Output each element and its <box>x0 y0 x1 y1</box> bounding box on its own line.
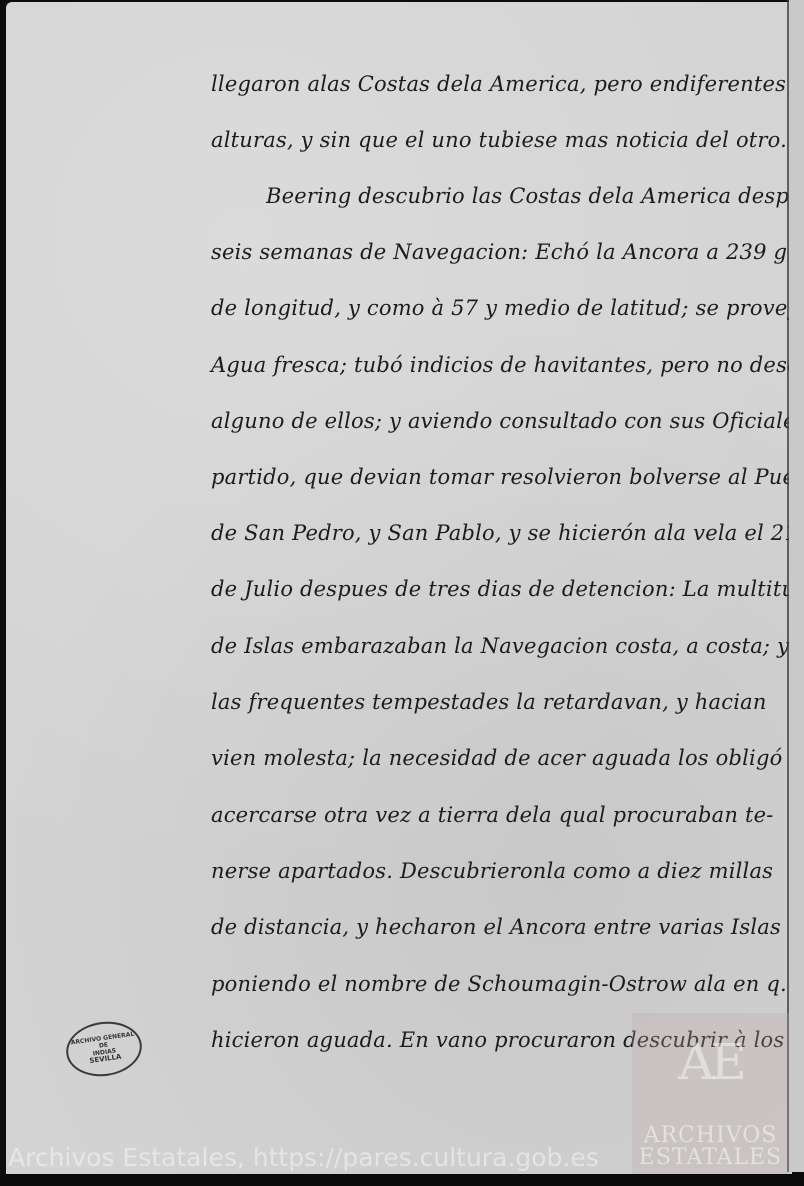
text-line: Agua fresca; tubó indicios de havitantes… <box>211 353 804 377</box>
text-line: poniendo el nombre de Schoumagin-Ostrow … <box>211 972 787 996</box>
archivos-estatales-watermark: AE ARCHIVOS ESTATALES <box>632 1013 789 1175</box>
text-line: las frequentes tempestades la retardavan… <box>211 690 767 714</box>
text-line: alturas, y sin que el uno tubiese mas no… <box>211 128 787 152</box>
text-line: Beering descubrio las Costas dela Americ… <box>266 184 804 208</box>
scan-border <box>0 1174 804 1186</box>
text-line: de longitud, y como à 57 y medio de lati… <box>211 296 804 320</box>
text-line: llegaron alas Costas dela America, pero … <box>211 72 786 96</box>
text-line: alguno de ellos; y aviendo consultado co… <box>211 409 804 433</box>
text-line: de San Pedro, y San Pablo, y se hicierón… <box>211 521 798 545</box>
stamp-bottom: SEVILLA <box>89 1054 122 1065</box>
text-line: acercarse otra vez a tierra dela qual pr… <box>211 803 774 827</box>
manuscript-page: llegaron alas Costas dela America, pero … <box>6 2 792 1174</box>
source-credit: Archivos Estatales, https://pares.cultur… <box>8 1143 599 1172</box>
watermark-text: ARCHIVOS ESTATALES <box>632 1125 789 1169</box>
adjacent-page-strip <box>789 0 804 1172</box>
text-line: de Islas embarazaban la Navegacion costa… <box>211 634 789 658</box>
text-line: nerse apartados. Descubrieronla como a d… <box>211 859 773 883</box>
ae-logo-icon: AE <box>632 1033 789 1091</box>
text-line: seis semanas de Navegacion: Echó la Anco… <box>211 240 802 264</box>
text-line: de Julio despues de tres dias de detenci… <box>211 577 804 601</box>
text-line: de distancia, y hecharon el Ancora entre… <box>211 915 781 939</box>
text-line: vien molesta; la necesidad de acer aguad… <box>211 746 802 770</box>
text-line: partido, que devian tomar resolvieron bo… <box>211 465 804 489</box>
